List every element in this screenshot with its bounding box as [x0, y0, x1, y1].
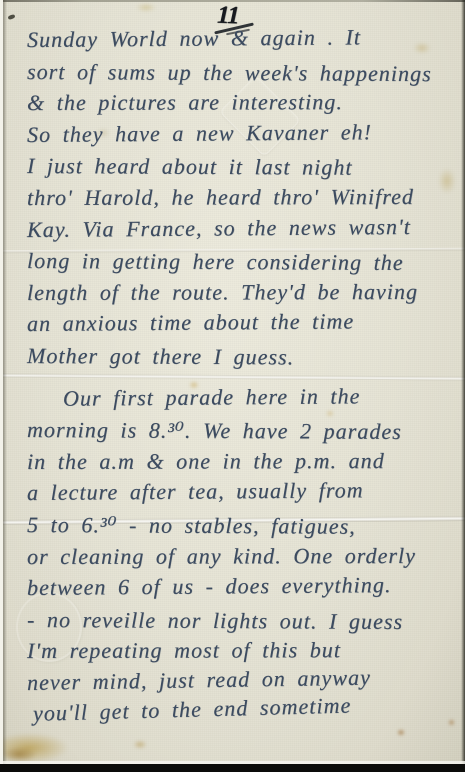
handwriting-line: an anxious time about the time [27, 305, 459, 340]
scanned-letter-page: 11 Sunday World now & again . It sort of… [0, 0, 465, 772]
scan-edge-bottom [0, 761, 465, 764]
handwriting-line: Our first parade here in the [27, 379, 459, 414]
handwriting-line: a lecture after tea, usually from [27, 474, 459, 509]
handwriting-line: - no reveille nor lights out. I guess [27, 604, 459, 638]
handwriting-line: thro' Harold, he heard thro' Winifred [27, 181, 459, 214]
scan-edge-left [0, 0, 3, 772]
letter-body: Sunday World now & again . It sort of su… [27, 24, 459, 730]
handwriting-line: morning is 8.³⁰. We have 2 parades [27, 414, 459, 448]
handwriting-line: between 6 of us - does everything. [27, 569, 459, 604]
handwriting-line: Sunday World now & again . It [27, 21, 459, 56]
letter-paragraph: Sunday World now & again . It sort of su… [27, 24, 459, 372]
stain [136, 3, 156, 12]
handwriting-line: Mother got there I guess. [27, 340, 459, 374]
ink-speck [8, 14, 16, 20]
handwriting-line: or cleaning of any kind. One orderly [27, 539, 459, 572]
stain [0, 733, 68, 763]
stain [398, 730, 404, 735]
handwriting-line: & the pictures are interesting. [27, 86, 459, 119]
handwriting-line: I just heard about it last night [27, 150, 459, 184]
handwriting-line: in the a.m & one in the p.m. and [27, 445, 459, 478]
scan-edge-left-shadow [3, 0, 7, 772]
letter-paragraph: Our first parade here in the morning is … [27, 383, 459, 731]
handwriting-line: So they have a new Kavaner eh! [27, 115, 459, 150]
scan-edge-bottom-shadow [0, 764, 465, 772]
handwriting-line: length of the route. They'd be having [27, 276, 459, 309]
stain [133, 740, 147, 749]
stain [2, 747, 36, 762]
scan-edge-right [461, 0, 465, 772]
handwriting-line: sort of sums up the week's happenings [27, 56, 459, 90]
handwriting-line: Kay. Via France, so the news wasn't [27, 210, 459, 245]
handwriting-line: long in getting here considering the [27, 245, 459, 279]
handwriting-line: 5 to 6.³⁰ - no stables, fatigues, [27, 509, 459, 543]
